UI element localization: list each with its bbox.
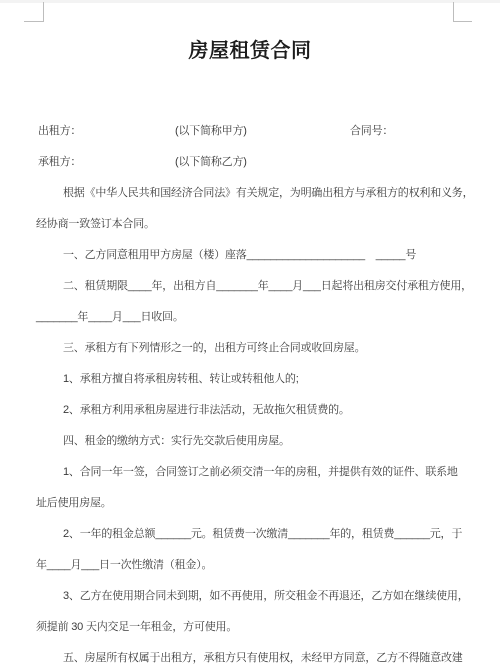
clause-2-line-2: _______年____月___日收回。 (36, 302, 464, 333)
clause-4-item-2-line-2: 年____月___日一次性缴清（租金）。 (36, 550, 464, 581)
party-row-lessee: 承租方： (以下简称乙方) (36, 147, 464, 178)
clause-1: 一、乙方同意租用甲方房屋（楼）座落____________________ __… (36, 240, 464, 271)
intro-line-2: 经协商一致签订本合同。 (36, 209, 464, 240)
clause-4-item-1-line-1: 1、合同一年一签，合同签订之前必须交清一年的房租，并提供有效的证件、联系地 (36, 457, 464, 488)
document-body: 出租方： (以下简称甲方) 合同号： 承租方： (以下简称乙方) 根据《中华人民… (36, 116, 464, 669)
contract-page: 房屋租赁合同 出租方： (以下简称甲方) 合同号： 承租方： (以下简称乙方) … (0, 0, 500, 669)
clause-4-item-3-line-2: 须提前 30 天内交足一年租金，方可使用。 (36, 612, 464, 643)
page-top-edge (0, 0, 500, 3)
clause-2-line-1: 二、租赁期限____年，出租方自_______年____月___日起将出租房交付… (36, 271, 464, 302)
clause-4-item-1-line-2: 址后使用房屋。 (36, 488, 464, 519)
clause-3-item-2: 2、承租方利用承租房屋进行非法活动，无故拖欠租赁费的。 (36, 395, 464, 426)
clause-5: 五、房屋所有权属于出租方，承租方只有使用权，未经甲方同意，乙方不得随意改建 (36, 643, 464, 669)
clause-3-item-1: 1、承租方擅自将承租房转租、转让或转租他人的; (36, 364, 464, 395)
margin-mark-top-left-icon (24, 2, 44, 22)
party-row-lessor: 出租方： (以下简称甲方) 合同号： (36, 116, 464, 147)
lessor-label: 出租方： (38, 116, 81, 147)
clause-4: 四、租金的缴纳方式：实行先交款后使用房屋。 (36, 426, 464, 457)
intro-line-1: 根据《中华人民共和国经济合同法》有关规定，为明确出租方与承租方的权利和义务， (36, 178, 464, 209)
contract-number-label: 合同号： (350, 116, 393, 147)
margin-mark-top-right-icon (453, 2, 472, 22)
lessee-label: 承租方： (38, 147, 81, 178)
clause-4-item-2-line-1: 2、一年的租金总额______元。租赁费一次缴清_______年的，租赁费___… (36, 519, 464, 550)
clause-3: 三、承租方有下列情形之一的，出租方可终止合同或收回房屋。 (36, 333, 464, 364)
document-title: 房屋租赁合同 (0, 34, 500, 63)
lessor-alias-note: (以下简称甲方) (175, 116, 247, 147)
clause-4-item-3-line-1: 3、乙方在使用期合同未到期，如不再使用，所交租金不再退还，乙方如在继续使用， (36, 581, 464, 612)
lessee-alias-note: (以下简称乙方) (175, 147, 247, 178)
